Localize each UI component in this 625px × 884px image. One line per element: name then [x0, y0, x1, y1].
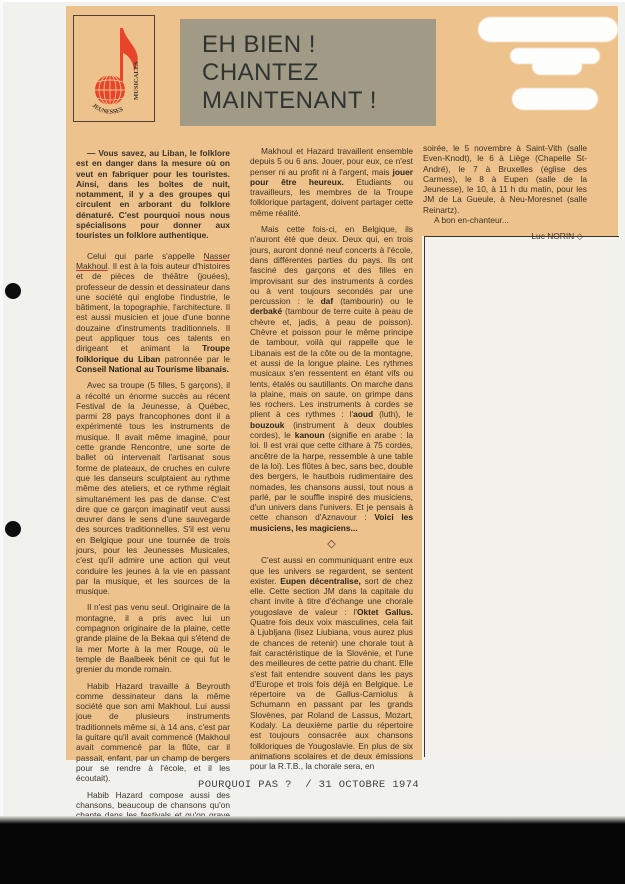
paragraph: Mais cette fois-ci, en Belgique, ils n'a…: [250, 224, 413, 533]
article-column-1: — Vous savez, au Liban, le folklore est …: [76, 148, 230, 837]
punch-hole-bottom: [5, 521, 21, 537]
source-citation: POURQUOI PAS ? / 31 OCTOBRE 1974: [198, 779, 419, 791]
diamond-separator-icon: ◇: [250, 539, 413, 549]
headline-line-1: EH BIEN !: [202, 31, 377, 59]
music-note-globe-icon: MUSICALES JEUNESSES: [74, 16, 154, 121]
lead-paragraph: — Vous savez, au Liban, le folklore est …: [76, 148, 230, 241]
author-signature: Luc NORIN ◇: [423, 231, 587, 241]
paragraph: Avec sa troupe (5 filles, 5 garçons), il…: [76, 380, 230, 596]
article-column-3: soirée, le 5 novembre à Saint-Vith (sall…: [423, 143, 587, 248]
paragraph: soirée, le 5 novembre à Saint-Vith (sall…: [423, 143, 587, 215]
whiteout-mark-4: [512, 88, 598, 110]
whiteout-mark-3: [532, 58, 582, 75]
jeunesses-musicales-logo: MUSICALES JEUNESSES: [73, 15, 155, 122]
article-column-2: Makhoul et Hazard travaillent ensemble d…: [250, 146, 413, 778]
scan-bottom-shadow: [0, 820, 625, 884]
svg-text:MUSICALES: MUSICALES: [133, 61, 140, 100]
paragraph: Celui qui parle s'appelle Nasser Makhoul…: [76, 251, 230, 375]
headline-line-2: CHANTEZ: [202, 59, 377, 87]
paragraph: Il n'est pas venu seul. Originaire de la…: [76, 602, 230, 674]
diamond-icon: ◇: [577, 231, 583, 241]
paragraph: Makhoul et Hazard travaillent ensemble d…: [250, 146, 413, 218]
closing-line: A bon en-chanteur...: [423, 215, 587, 225]
blank-pasted-area: [424, 236, 619, 757]
headline-banner: EH BIEN ! CHANTEZ MAINTENANT !: [180, 19, 436, 126]
page-left-edge: [0, 0, 3, 830]
page-top-edge: [0, 0, 625, 2]
whiteout-mark-1: [478, 17, 618, 42]
headline-line-3: MAINTENANT !: [202, 87, 377, 115]
paragraph: Habib Hazard travaille à Beyrouth comme …: [76, 681, 230, 784]
headline: EH BIEN ! CHANTEZ MAINTENANT !: [202, 31, 377, 115]
paragraph: C'est aussi en communiquant entre eux qu…: [250, 555, 413, 771]
punch-hole-top: [5, 283, 21, 299]
